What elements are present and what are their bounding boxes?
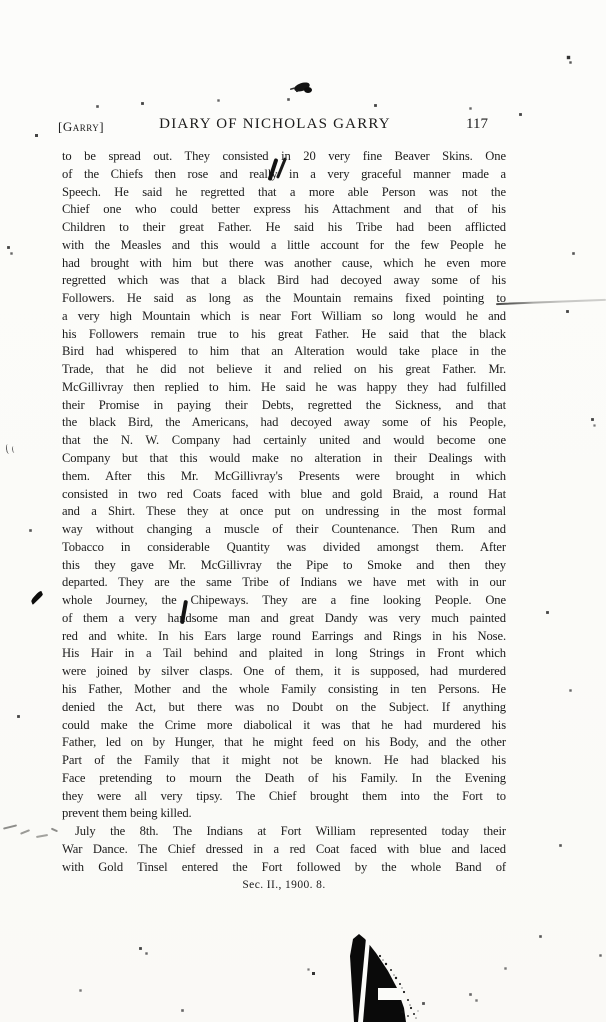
text-line: were joined by silver clasps. One of the… — [62, 663, 506, 681]
text-line: Father, led on by Hunger, that he might … — [62, 734, 506, 752]
text-line: way without changing a muscle of their C… — [62, 521, 506, 539]
pencil-scribble — [20, 829, 30, 834]
pencil-scribble — [3, 824, 17, 829]
margin-pen-mark — [29, 589, 45, 606]
text-line: Company but that this would make no alte… — [62, 450, 506, 468]
text-line: his Father, Mother and the whole Family … — [62, 681, 506, 699]
scratch-line-artifact — [496, 299, 606, 305]
text-line: red and white. In his Ears large round E… — [62, 628, 506, 646]
body-text: to be spread out. They consisted in 20 v… — [62, 148, 506, 876]
text-line: a very high Mountain which is near Fort … — [62, 308, 506, 326]
text-line: Bird had whispered to him that an Altera… — [62, 343, 506, 361]
page-number: 117 — [466, 116, 488, 133]
text-line: Followers. He said as long as the Mounta… — [62, 290, 506, 308]
running-head: [Garry] DIARY OF NICHOLAS GARRY 117 — [58, 116, 506, 136]
text-line: that the N. W. Company had certainly uni… — [62, 432, 506, 450]
text-line: with Gold Tinsel entered the Fort follow… — [62, 859, 506, 877]
text-line: Part of the Family that it might not be … — [62, 752, 506, 770]
text-line: Face pretending to mourn the Death of hi… — [62, 770, 506, 788]
pencil-scribble — [36, 834, 48, 838]
text-line: denied the Act, but there was no Doubt o… — [62, 699, 506, 717]
text-line: departed. They are the same Tribe of Ind… — [62, 574, 506, 592]
text-line: and a Shirt. These they at once put on u… — [62, 503, 506, 521]
margin-pen-mark — [12, 446, 17, 453]
text-line: His Hair in a Tail behind and plaited in… — [62, 645, 506, 663]
scan-specks — [0, 0, 1, 1]
text-line: of the Chiefs then rose and really in a … — [62, 166, 506, 184]
text-line: them. After this Mr. McGillivray's Prese… — [62, 468, 506, 486]
text-line: this they gave Mr. McGillivray the Pipe … — [62, 557, 506, 575]
text-line: McGillivray then replied to him. He said… — [62, 379, 506, 397]
text-line: they were all very tipsy. The Chief brou… — [62, 788, 506, 806]
page-corner-blob-artifact — [336, 926, 428, 1022]
text-line: of them a very handsome man and great Da… — [62, 610, 506, 628]
text-line: Chief one who could better express his A… — [62, 201, 506, 219]
pencil-scribble — [51, 828, 58, 832]
section-footnote: Sec. II., 1900. 8. — [62, 879, 506, 891]
text-line: the black Bird, the Americans, had decoy… — [62, 414, 506, 432]
text-line: consisted in two red Coats faced with bl… — [62, 486, 506, 504]
text-line: prevent them being killed. — [62, 805, 506, 823]
page-title: DIARY OF NICHOLAS GARRY — [58, 116, 492, 133]
margin-pen-mark — [5, 444, 11, 455]
text-line: Trade, that he did not believe it and re… — [62, 361, 506, 379]
book-page-scan: [Garry] DIARY OF NICHOLAS GARRY 117 to b… — [0, 0, 606, 1022]
text-line: with the Measles and this would a little… — [62, 237, 506, 255]
ink-blot-artifact — [287, 79, 317, 97]
text-line: Speech. He said he regretted that a more… — [62, 184, 506, 202]
text-line: Children to their great Father. He said … — [62, 219, 506, 237]
text-line: War Dance. The Chief dressed in a red Co… — [62, 841, 506, 859]
text-line: whole Journey, the Chipeways. They are a… — [62, 592, 506, 610]
text-line: had brought with him but there was anoth… — [62, 255, 506, 273]
text-line: Tobacco in considerable Quantity was div… — [62, 539, 506, 557]
text-line: their Promise in paying their Debts, reg… — [62, 397, 506, 415]
text-line: his Followers remain true to his great F… — [62, 326, 506, 344]
text-line: July the 8th. The Indians at Fort Willia… — [62, 823, 506, 841]
text-line: could make the Crime more diabolical it … — [62, 717, 506, 735]
text-line: regretted which was that a black Bird ha… — [62, 272, 506, 290]
